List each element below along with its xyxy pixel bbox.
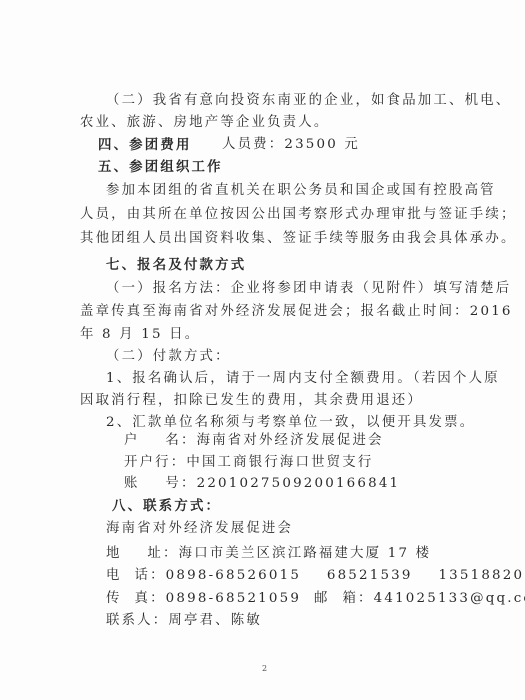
org-name: 海南省对外经济发展促进会 <box>106 520 293 538</box>
text-line: （二）付款方式： <box>106 348 231 366</box>
contact-persons: 联系人：周亭君、陈敏 <box>106 612 262 630</box>
address: 地 址：海口市美兰区滨江路福建大厦 17 楼 <box>106 545 431 563</box>
section-heading-registration: 七、报名及付款方式 <box>106 256 246 274</box>
text-line: 参加本团组的省直机关在职公务员和国企或国有控股高管 <box>106 182 496 200</box>
fee-amount: 人员费：23500 元 <box>222 136 360 154</box>
section-heading-fees: 四、参团费用 <box>98 136 192 154</box>
bank-name: 开户行：中国工商银行海口世贸支行 <box>124 454 373 472</box>
fax-email: 传 真：0898-68521059 邮 箱：441025133@qq.com <box>106 590 525 608</box>
text-line: 年 8 月 15 日。 <box>80 326 200 344</box>
text-line: （二）我省有意向投资东南亚的企业，如食品加工、机电、 <box>106 92 511 110</box>
account-number: 账 号：2201027509200166841 <box>124 475 400 493</box>
section-heading-contact: 八、联系方式： <box>112 497 221 515</box>
text-line: 农业、旅游、房地产等企业负责人。 <box>80 114 329 132</box>
text-line: 1、报名确认后，请于一周内支付全额费用。（若因个人原 <box>106 370 500 388</box>
account-name: 户 名：海南省对外经济发展促进会 <box>124 432 384 450</box>
section-heading-organization: 五、参团组织工作 <box>98 158 223 176</box>
phone: 电 话：0898-68526015 68521539 13518820359 <box>106 567 525 585</box>
text-line: 2、汇款单位名称须与考察单位一致，以便开具发票。 <box>106 414 475 432</box>
text-line: 其他团组人员出国资料收集、签证手续等服务由我会具体承办。 <box>80 230 517 248</box>
text-line: （一）报名方法：企业将参团申请表（见附件）填写清楚后 <box>106 280 511 298</box>
text-line: 盖章传真至海南省对外经济发展促进会；报名截止时间：2016 <box>80 303 513 321</box>
text-line: 人员，由其所在单位按因公出国考察形式办理审批与签证手续； <box>80 206 517 224</box>
text-line: 因取消行程，扣除已发生的费用，其余费用退还） <box>80 392 423 410</box>
page-number: 2 <box>262 664 267 673</box>
